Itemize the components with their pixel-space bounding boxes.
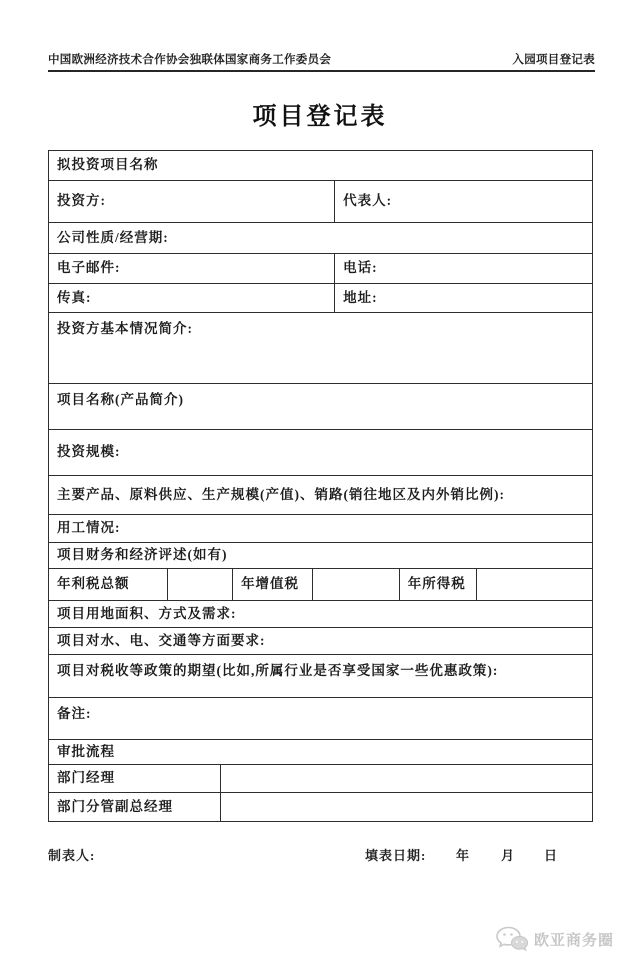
field-annual-profit-tax-label: 年利税总额	[49, 569, 168, 600]
table-row: 主要产品、原料供应、生产规模(产值)、销路(销往地区及内外销比例):	[49, 476, 592, 515]
watermark: 欧亚商务圈	[495, 924, 614, 954]
header-form-name: 入园项目登记表	[512, 51, 595, 67]
registration-form-table: 拟投资项目名称 投资方: 代表人: 公司性质/经营期: 电子邮件: 电话: 传真…	[48, 150, 593, 822]
field-annual-income-tax-label: 年所得税	[400, 569, 477, 600]
table-row: 电子邮件: 电话:	[49, 254, 592, 284]
field-deputy-general-manager-value	[221, 793, 592, 821]
footer-year-label: 年	[456, 845, 470, 864]
field-fax: 传真:	[49, 284, 335, 312]
field-investor: 投资方:	[49, 181, 335, 222]
field-annual-profit-tax-value	[168, 569, 233, 600]
footer-month-label: 月	[501, 845, 515, 864]
table-row: 备注:	[49, 698, 592, 740]
table-row: 用工情况:	[49, 515, 592, 543]
footer-day-label: 日	[544, 845, 558, 864]
field-deputy-general-manager-label: 部门分管副总经理	[49, 793, 221, 821]
document-page: 中国欧洲经济技术合作协会独联体国家商务工作委员会 入园项目登记表 项目登记表 拟…	[0, 0, 640, 966]
field-email: 电子邮件:	[49, 254, 335, 283]
field-address: 地址:	[335, 284, 592, 312]
field-water-power-transport-requirements: 项目对水、电、交通等方面要求:	[49, 628, 592, 654]
table-row: 投资规模:	[49, 430, 592, 476]
field-proposed-project-name: 拟投资项目名称	[49, 151, 592, 180]
table-row: 公司性质/经营期:	[49, 223, 592, 254]
table-row: 审批流程	[49, 740, 592, 765]
field-company-nature-term: 公司性质/经营期:	[49, 223, 592, 253]
field-remarks: 备注:	[49, 698, 592, 739]
field-project-name-product-intro: 项目名称(产品简介)	[49, 384, 592, 429]
field-investment-scale: 投资规模:	[49, 430, 592, 475]
field-employment: 用工情况:	[49, 515, 592, 542]
field-department-manager-label: 部门经理	[49, 765, 221, 792]
page-title: 项目登记表	[0, 96, 640, 131]
table-row: 投资方基本情况简介:	[49, 313, 592, 384]
field-annual-vat-label: 年增值税	[233, 569, 313, 600]
table-row: 拟投资项目名称	[49, 151, 592, 181]
watermark-text: 欧亚商务圈	[534, 929, 614, 950]
field-phone: 电话:	[335, 254, 592, 283]
table-row: 项目名称(产品简介)	[49, 384, 592, 430]
footer-maker-label: 制表人:	[48, 845, 95, 864]
footer-line: 制表人: 填表日期: 年 月 日	[48, 845, 593, 863]
table-row: 项目对税收等政策的期望(比如,所属行业是否享受国家一些优惠政策):	[49, 655, 592, 698]
table-row: 投资方: 代表人:	[49, 181, 592, 223]
footer-date-label: 填表日期:	[365, 845, 426, 864]
field-main-products-supply-scale-sales: 主要产品、原料供应、生产规模(产值)、销路(销往地区及内外销比例):	[49, 476, 592, 514]
chat-bubbles-icon	[495, 926, 529, 952]
field-tax-policy-expectations: 项目对税收等政策的期望(比如,所属行业是否享受国家一些优惠政策):	[49, 655, 592, 697]
field-annual-vat-value	[313, 569, 400, 600]
header-organization: 中国欧洲经济技术合作协会独联体国家商务工作委员会	[48, 51, 331, 67]
table-row: 项目对水、电、交通等方面要求:	[49, 628, 592, 655]
section-approval-process: 审批流程	[49, 740, 592, 764]
field-investor-profile: 投资方基本情况简介:	[49, 313, 592, 383]
field-representative: 代表人:	[335, 181, 592, 222]
field-annual-income-tax-value	[477, 569, 592, 600]
field-financial-economic-review: 项目财务和经济评述(如有)	[49, 543, 592, 568]
header-rule	[48, 70, 595, 72]
table-row: 部门经理	[49, 765, 592, 793]
table-row: 项目用地面积、方式及需求:	[49, 601, 592, 628]
table-row: 部门分管副总经理	[49, 793, 592, 821]
table-row: 年利税总额 年增值税 年所得税	[49, 569, 592, 601]
table-row: 传真: 地址:	[49, 284, 592, 313]
field-department-manager-value	[221, 765, 592, 792]
field-land-area-method-demand: 项目用地面积、方式及需求:	[49, 601, 592, 627]
table-row: 项目财务和经济评述(如有)	[49, 543, 592, 569]
